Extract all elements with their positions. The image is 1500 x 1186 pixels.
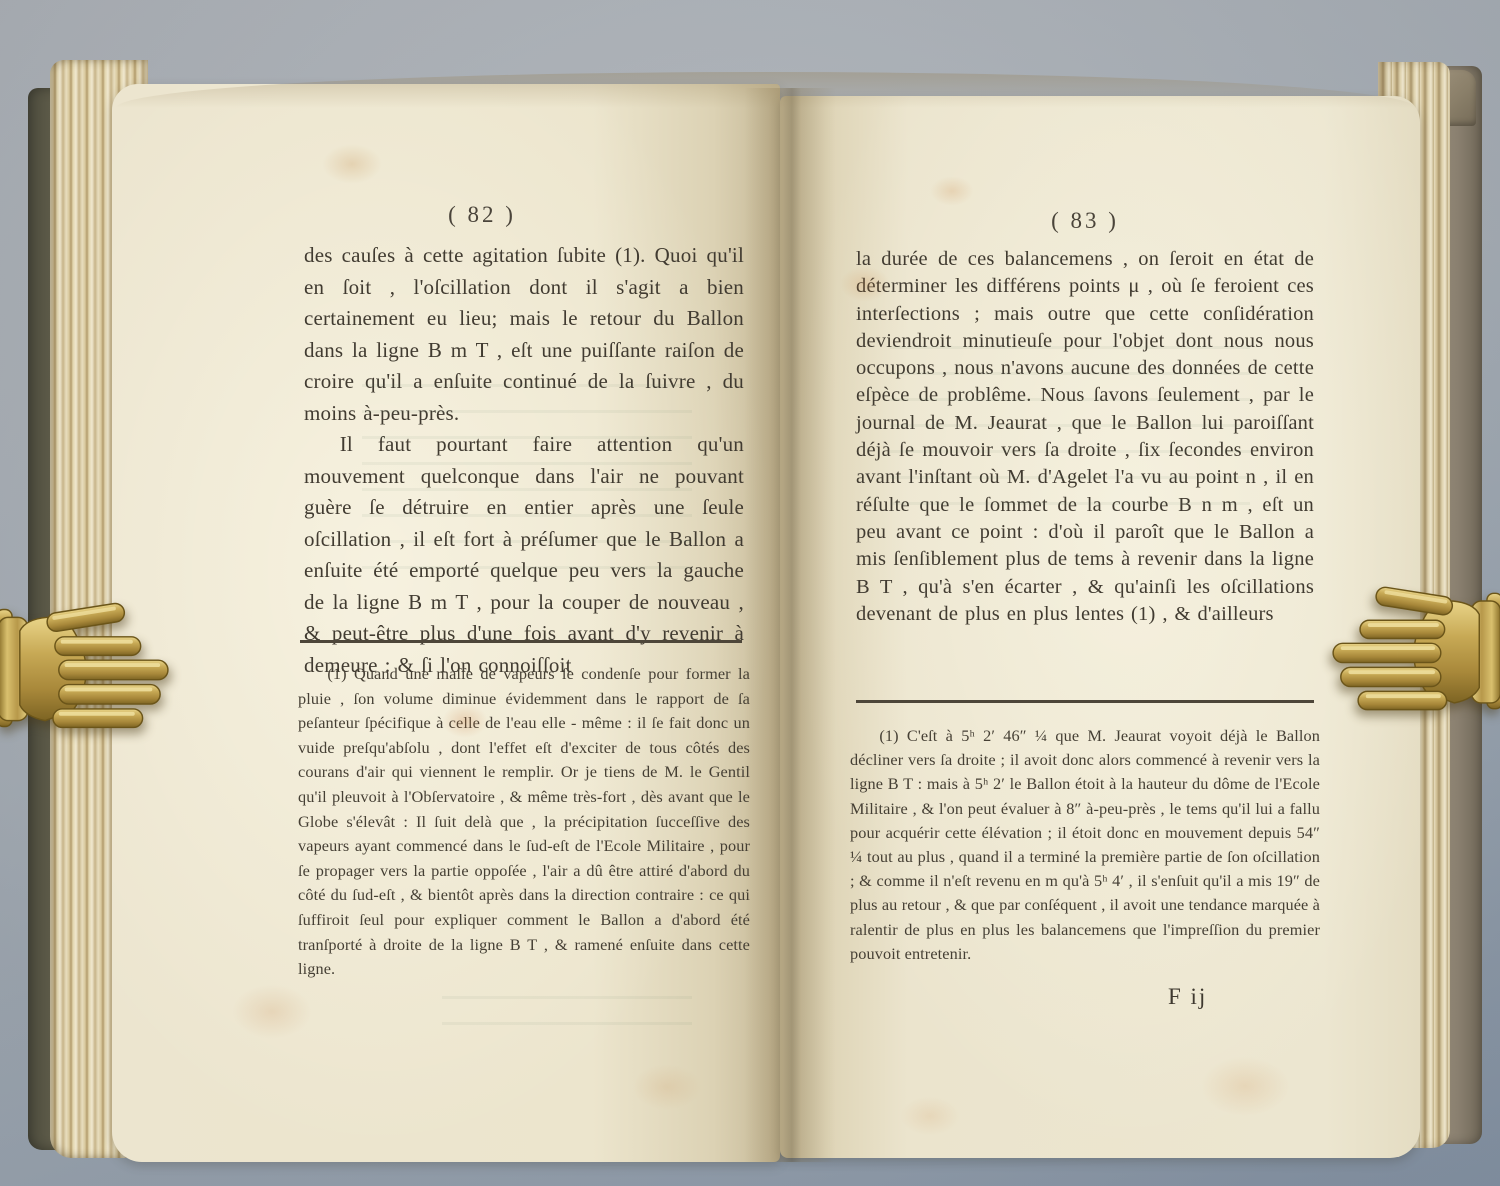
foxing-spot <box>900 1096 960 1136</box>
gathering-signature: F ij <box>1168 984 1207 1010</box>
footnote-rule-left <box>300 640 742 643</box>
page-number-right: ( 83 ) <box>856 208 1314 234</box>
footnote-rule-right <box>856 700 1314 703</box>
brass-hand-page-holder-left <box>0 592 182 744</box>
foxing-spot <box>930 176 974 206</box>
left-paragraph-2: Il faut pourtant faire attention qu'un m… <box>304 429 744 681</box>
foxing-spot <box>1200 1056 1290 1116</box>
left-paragraph-1: des cauſes à cette agitation ſubite (1).… <box>304 240 744 429</box>
left-footnote: (1) Quand une maſſe de vapeurs ſe conden… <box>298 662 750 982</box>
left-page-body: des cauſes à cette agitation ſubite (1).… <box>304 240 744 681</box>
ink-bleedthrough <box>442 996 692 1048</box>
foxing-spot <box>232 984 312 1039</box>
book-page-left: ( 82 ) des cauſes à cette agitation ſubi… <box>112 84 780 1162</box>
photo-of-open-book: { "scene": { "description": "Photograph … <box>0 0 1500 1186</box>
right-footnote: (1) C'eſt à 5ʰ 2′ 46″ ¼ que M. Jeaurat v… <box>850 724 1320 966</box>
page-number-left: ( 82 ) <box>262 202 702 228</box>
open-book: ( 82 ) des cauſes à cette agitation ſubi… <box>20 48 1490 1166</box>
foxing-spot <box>322 144 382 184</box>
foxing-spot <box>632 1064 702 1110</box>
right-paragraph-1: la durée de ces balancemens , on ſeroit … <box>856 246 1314 628</box>
brass-hand-page-holder-right <box>1318 576 1500 726</box>
right-page-body: la durée de ces balancemens , on ſeroit … <box>856 246 1314 628</box>
